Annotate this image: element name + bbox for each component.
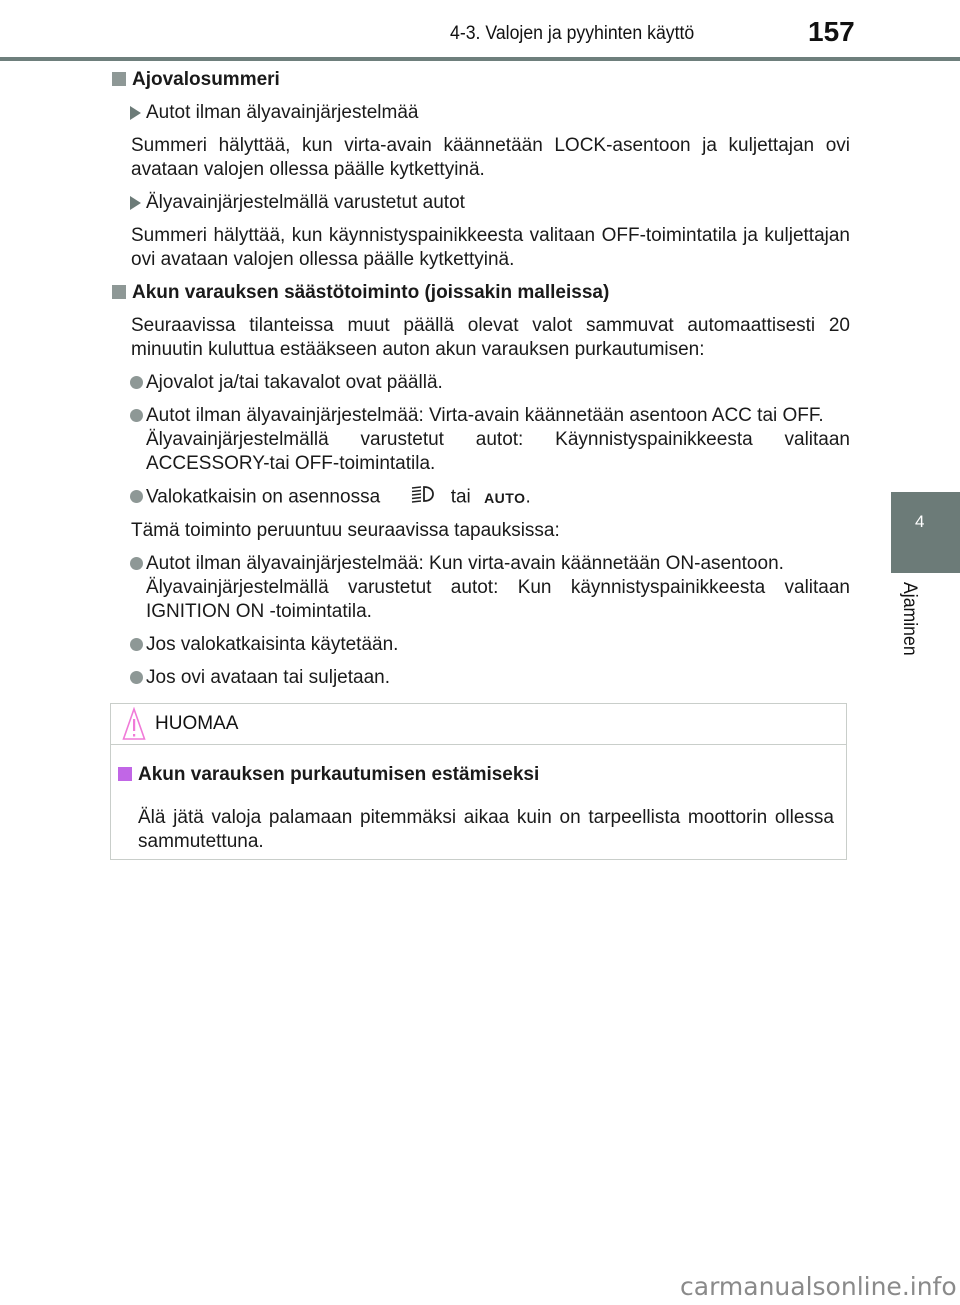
list-item-text: Ajovalot ja/tai takavalot ovat päällä. — [146, 371, 850, 395]
circle-bullet-icon — [130, 638, 143, 651]
caution-body: Akun varauksen purkautumisen estämiseksi… — [111, 745, 846, 854]
section-heading-text: Akun varauksen säästötoiminto (joissakin… — [132, 281, 609, 305]
list-item-text: Valokatkaisin on asennossa — [146, 487, 380, 508]
subsection-label: Autot ilman älyavainjärjestelmää — [130, 101, 850, 125]
list-item-text: Älyavainjärjestelmällä varustetut autot:… — [146, 576, 850, 624]
paragraph: Tämä toiminto peruuntuu seuraavissa tapa… — [131, 519, 850, 543]
connector-text: tai — [451, 487, 471, 508]
caution-header: HUOMAA — [111, 704, 846, 745]
circle-bullet-icon — [130, 671, 143, 684]
page-number: 157 — [808, 16, 855, 48]
list-item-text: Jos valokatkaisinta käytetään. — [146, 633, 850, 657]
list-item: Valokatkaisin on asennossa tai AUTO. — [130, 485, 850, 510]
list-item: Jos valokatkaisinta käytetään. — [130, 633, 850, 657]
header-divider — [0, 57, 960, 61]
list-item-text: Älyavainjärjestelmällä varustetut autot:… — [146, 428, 850, 476]
list-item: Ajovalot ja/tai takavalot ovat päällä. — [130, 371, 850, 395]
circle-bullet-icon — [130, 376, 143, 389]
chapter-label: Ajaminen — [898, 582, 920, 656]
list-item-text: Autot ilman älyavainjärjestelmää: Kun vi… — [146, 552, 850, 576]
chapter-number: 4 — [915, 512, 924, 532]
square-bullet-icon — [112, 72, 126, 86]
list-item-text: Jos ovi avataan tai suljetaan. — [146, 666, 850, 690]
list-item: Jos ovi avataan tai suljetaan. — [130, 666, 850, 690]
circle-bullet-icon — [130, 409, 143, 422]
watermark: carmanualsonline.info — [680, 1272, 957, 1301]
caution-heading: Akun varauksen purkautumisen estämiseksi — [116, 763, 846, 787]
headlamp-icon — [409, 485, 435, 510]
list-item-text: Autot ilman älyavainjärjestelmää: Virta-… — [146, 404, 850, 428]
paragraph: Seuraavissa tilanteissa muut päällä olev… — [131, 314, 850, 362]
section-heading: Ajovalosummeri — [110, 68, 850, 92]
square-bullet-icon — [118, 767, 132, 781]
subsection-label-text: Älyavainjärjestelmällä varustetut autot — [146, 191, 465, 215]
caution-title: HUOMAA — [155, 713, 238, 735]
auto-mode-icon: AUTO — [484, 490, 525, 506]
circle-bullet-icon — [130, 557, 143, 570]
triangle-bullet-icon — [130, 106, 141, 120]
caution-box: HUOMAA Akun varauksen purkautumisen estä… — [110, 703, 847, 860]
list-item: Autot ilman älyavainjärjestelmää: Virta-… — [130, 404, 850, 476]
warning-triangle-icon — [122, 707, 146, 741]
circle-bullet-icon — [130, 490, 143, 503]
paragraph: Summeri hälyttää, kun virta-avain käänne… — [131, 134, 850, 182]
caution-text: Älä jätä valoja palamaan pitemmäksi aika… — [138, 806, 834, 854]
punctuation: . — [525, 487, 530, 508]
paragraph: Summeri hälyttää, kun käynnistyspainikke… — [131, 224, 850, 272]
list-item: Autot ilman älyavainjärjestelmää: Kun vi… — [130, 552, 850, 624]
subsection-label-text: Autot ilman älyavainjärjestelmää — [146, 101, 418, 125]
triangle-bullet-icon — [130, 196, 141, 210]
section-heading-text: Ajovalosummeri — [132, 68, 280, 92]
caution-heading-text: Akun varauksen purkautumisen estämiseksi — [138, 763, 539, 787]
section-title: 4-3. Valojen ja pyyhinten käyttö — [450, 23, 694, 45]
page-content: Ajovalosummeri Autot ilman älyavainjärje… — [110, 68, 850, 699]
chapter-tab[interactable]: 4 — [891, 492, 960, 573]
subsection-label: Älyavainjärjestelmällä varustetut autot — [130, 191, 850, 215]
square-bullet-icon — [112, 285, 126, 299]
section-heading: Akun varauksen säästötoiminto (joissakin… — [110, 281, 850, 305]
